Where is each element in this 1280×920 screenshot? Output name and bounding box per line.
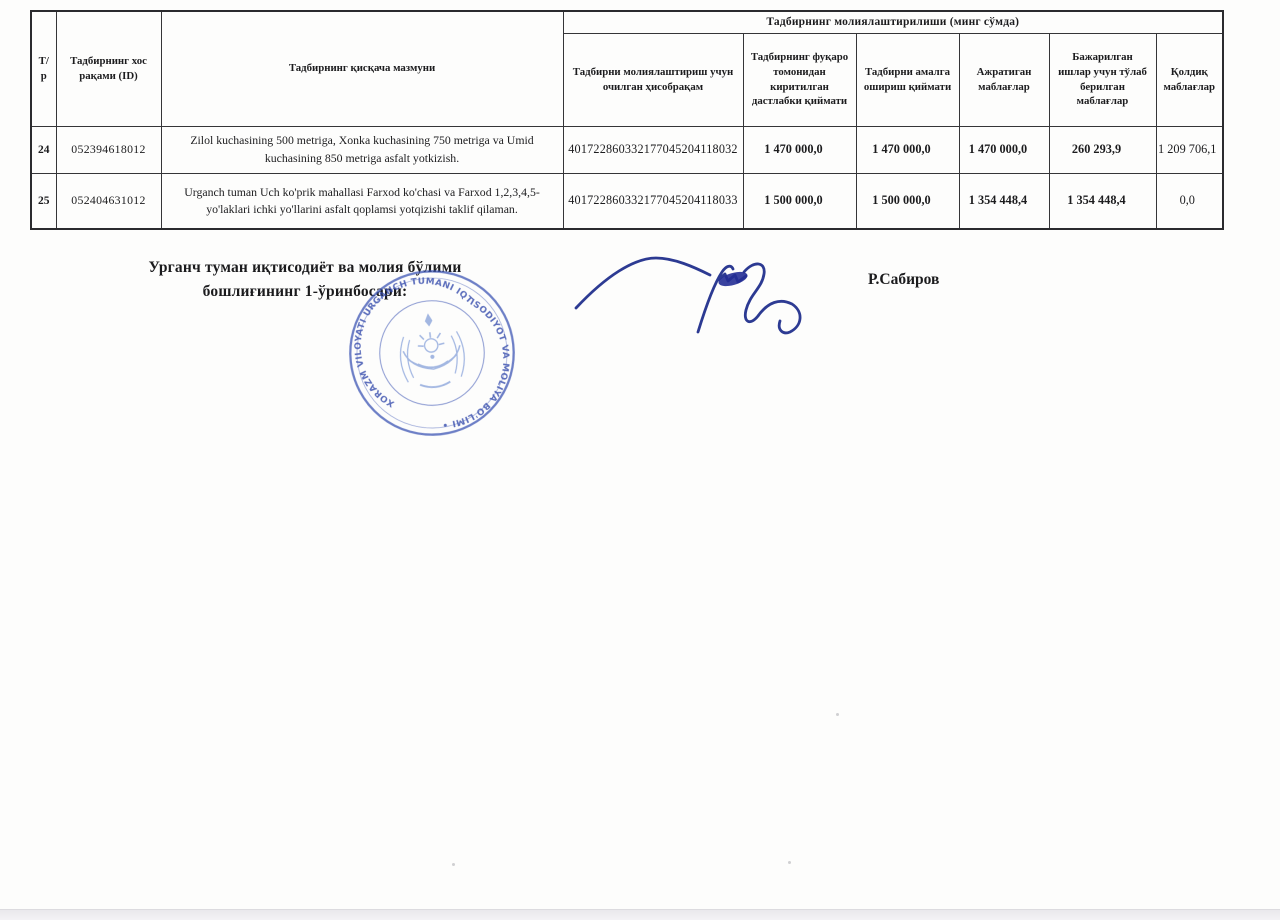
cell-account-number: 401722860332177045204118033 [563,173,743,229]
col-header-id: Тадбирнинг хос рақами (ID) [56,11,161,126]
group-header-financing: Тадбирнинг молиялаштирилиши (минг сўмда) [563,11,1223,33]
cell-implementation-value: 1 500 000,0 [856,173,959,229]
svg-text:XORAZM VILOYATI URGANCH TUMANI: XORAZM VILOYATI URGANCH TUMANI IQTISODIY… [347,268,518,438]
col-header-implementation-value: Тадбирни амалга ошириш қиймати [856,33,959,126]
col-header-remaining-funds: Қолдиқ маблағлар [1156,33,1223,126]
cell-initial-value: 1 470 000,0 [743,126,856,173]
scan-edge-strip [0,909,1280,920]
cell-implementation-value: 1 470 000,0 [856,126,959,173]
table-row: 25 052404631012 Urganch tuman Uch ko'pri… [31,173,1223,229]
cell-allocated-funds: 1 470 000,0 [959,126,1049,173]
col-header-allocated-funds: Ажратиган маблағлар [959,33,1049,126]
emblem-crest-icon [396,310,467,390]
scan-speck [836,713,839,716]
scanned-document-page: Т/р Тадбирнинг хос рақами (ID) Тадбирнин… [0,0,1280,920]
cell-description: Zilol kuchasining 500 metriga, Xonka kuc… [161,126,563,173]
col-header-initial-value: Тадбирнинг фуқаро томонидан киритилган д… [743,33,856,126]
scan-speck [788,861,791,864]
scan-speck [452,863,455,866]
table-row: 24 052394618012 Zilol kuchasining 500 me… [31,126,1223,173]
cell-remaining-funds: 1 209 706,1 [1156,126,1223,173]
financing-table: Т/р Тадбирнинг хос рақами (ID) Тадбирнин… [30,10,1224,230]
cell-remaining-funds: 0,0 [1156,173,1223,229]
handwritten-signature-icon [556,242,886,347]
uzbekistan-emblem-icon: XORAZM VILOYATI URGANCH TUMANI IQTISODIY… [328,249,537,458]
cell-row-number: 24 [31,126,56,173]
col-header-description: Тадбирнинг қисқача мазмуни [161,11,563,126]
cell-allocated-funds: 1 354 448,4 [959,173,1049,229]
cell-initial-value: 1 500 000,0 [743,173,856,229]
cell-description: Urganch tuman Uch ko'prik mahallasi Farx… [161,173,563,229]
stamp-ring-text: XORAZM VILOYATI URGANCH TUMANI IQTISODIY… [347,268,518,438]
cell-event-id: 052404631012 [56,173,161,229]
cell-row-number: 25 [31,173,56,229]
col-header-paid-funds: Бажарилган ишлар учун тўлаб берилган маб… [1049,33,1156,126]
cell-account-number: 401722860332177045204118032 [563,126,743,173]
cell-event-id: 052394618012 [56,126,161,173]
col-header-number: Т/р [31,11,56,126]
col-header-account: Тадбирни молиялаштириш учун очилган ҳисо… [563,33,743,126]
cell-paid-funds: 260 293,9 [1049,126,1156,173]
cell-paid-funds: 1 354 448,4 [1049,173,1156,229]
